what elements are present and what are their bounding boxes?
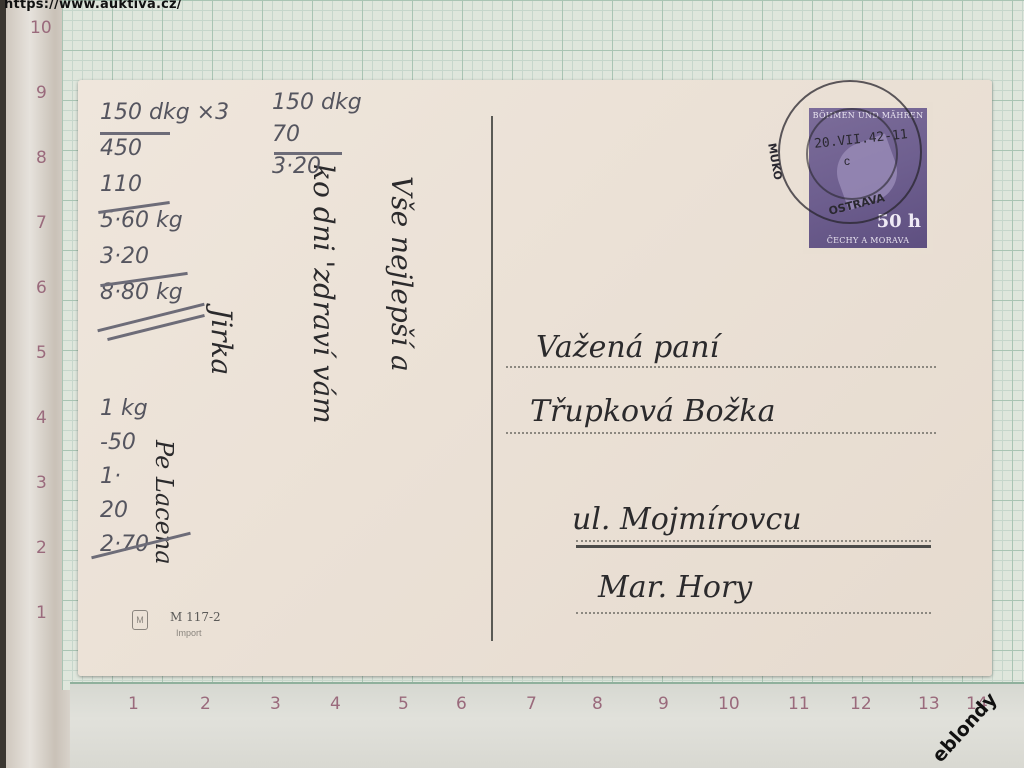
album-sheet-bottom [70,682,1024,768]
ruler-number: 8 [36,148,47,168]
ruler-number: 7 [526,694,537,714]
message-line-1: Vše nejlepší a [385,176,418,372]
ruler-number: 6 [456,694,467,714]
ruler-number: 7 [36,213,47,233]
address-dotted-line [576,540,931,542]
print-code: M 117-2 [170,610,221,624]
stamp-bottom-text: ČECHY A MORAVA [809,236,927,245]
ruler-number: 6 [36,278,47,298]
message-line-3: Jirka [205,308,238,375]
address-line-4: Mar. Hory [598,570,752,605]
address-underline [576,545,931,548]
pencil-note: 150 dkg [272,90,362,115]
ruler-number: 11 [788,694,810,714]
ruler-number: 10 [718,694,740,714]
pencil-note: -50 [100,430,136,455]
signature: Pe Lacena [150,440,178,565]
address-dotted-line [506,366,936,368]
ruler-number: 2 [36,538,47,558]
postcard-divider [491,116,493,641]
pencil-note: 3·20 [100,244,149,269]
ruler-number: 2 [200,694,211,714]
ruler-number: 5 [36,343,47,363]
address-dotted-line [506,432,936,434]
ruler-number: 9 [658,694,669,714]
pencil-note: 1· [100,464,121,489]
ruler-number: 10 [30,18,52,38]
ruler-number: 4 [36,408,47,428]
pencil-rule [274,152,342,155]
message-line-2: ko dni 'zdraví vám [307,164,340,424]
postcard: BÖHMEN UND MÄHREN 50 h ČECHY A MORAVA 20… [78,80,992,676]
address-line-2: Třupková Božka [530,394,775,429]
publisher-logo-icon: M [132,610,148,630]
ruler-number: 13 [918,694,940,714]
pencil-note: 450 [100,136,142,161]
source-url[interactable]: https://www.auktiva.cz/ [4,0,182,12]
pencil-rule [100,132,170,135]
ruler-number: 1 [36,603,47,623]
address-dotted-line [576,612,931,614]
address-line-3: ul. Mojmírovcu [572,502,802,537]
pencil-note: 3·20 [272,154,321,179]
ruler-number: 9 [36,83,47,103]
ruler-number: 3 [270,694,281,714]
ruler-number: 8 [592,694,603,714]
postmark-inner-ring [806,108,898,200]
postmark-ring-left: MUKO [765,142,784,181]
pencil-note: 110 [100,172,142,197]
pencil-rule [107,314,205,341]
postmark-cancellation: 20.VII.42-11 c MUKO OSTRAVA [778,80,922,224]
ruler-number: 3 [36,473,47,493]
ruler-number: 12 [850,694,872,714]
postmark-letter: c [844,154,850,168]
pencil-note: 150 dkg ×3 [100,100,229,125]
pencil-note: 20 [100,498,128,523]
pencil-note: 1 kg [100,396,148,421]
address-line-1: Važená paní [536,330,719,365]
ruler-number: 4 [330,694,341,714]
pencil-note: 70 [272,122,300,147]
ruler-number: 5 [398,694,409,714]
ruler-number: 1 [128,694,139,714]
print-label: Import [176,628,202,638]
